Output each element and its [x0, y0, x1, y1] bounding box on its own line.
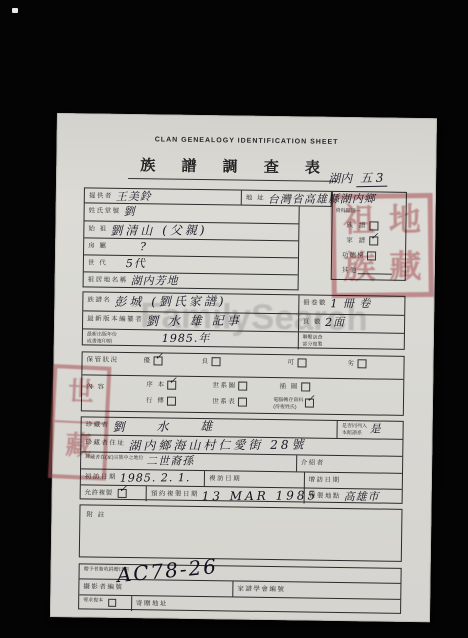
publish-year-value: 1985.年	[162, 333, 211, 345]
content-digital-data-label: 電腦轉存資料	[273, 397, 303, 404]
compiler-label: 最新版本編纂者	[87, 313, 143, 324]
condition-excellent-label: 優	[143, 355, 151, 365]
address-label: 地 址	[246, 193, 265, 203]
condition-excellent-checkbox: ✓	[153, 356, 162, 365]
publish-year-label-line1: 最新出版年份	[87, 331, 117, 338]
data-category-title: 資料類別—	[336, 208, 361, 215]
scanned-document-viewport: CLAN GENEALOGY IDENTIFICATION SHEET 族 譜 …	[0, 0, 468, 638]
compiler-value: 劉 水 雄 記事	[146, 315, 242, 328]
provider-value: 王美鈴	[116, 191, 152, 203]
condition-good-label: 良	[201, 356, 209, 366]
content-preface-label: 序 本	[146, 379, 165, 389]
condition-label: 保管狀況	[86, 354, 118, 364]
copy-permission-label: 允許複製	[85, 487, 113, 497]
content-illustrations-checkbox	[301, 382, 310, 391]
content-biographies-label: 行 傳	[146, 395, 165, 405]
genealogy-info-table: 族譜名 彭城 (劉氏家譜) 冊卷數 1 冊 卷 最新版本編纂者 劉 水 雄 記事…	[82, 291, 406, 350]
clan-genealogy-checkbox	[369, 221, 378, 230]
volume-count-label: 冊卷數	[303, 297, 327, 307]
content-lineage-chart-label: 世系圖	[212, 380, 236, 390]
content-digital-data-note: (待複姓氏)	[273, 404, 303, 411]
copy-place-label: 複製地點	[309, 491, 341, 501]
keeper-table: 珍藏者 劉 水 雄 是否同列入 本館譜系 是 珍藏者住址 湖内鄉海山村仁愛街 2…	[80, 416, 404, 504]
keeper-address-label: 珍藏者住址	[85, 437, 125, 448]
family-genealogy-option-label: 家 譜	[346, 235, 367, 245]
annotation-place: 湖内	[328, 171, 352, 185]
copy-request-label: 要求複本	[83, 597, 103, 604]
first-ancestor-value: 劉清山 (父親)	[111, 224, 208, 237]
keeper-value: 劉 水 雄	[113, 420, 227, 433]
agree-label-line1: 是否同列入	[342, 423, 367, 430]
contact-label-line2: 部分複製	[302, 341, 322, 348]
content-lineage-chart-checkbox	[238, 382, 247, 391]
merit-board-checkbox	[366, 251, 375, 260]
copy-request-checkbox	[108, 599, 116, 607]
content-label: 內 容	[86, 381, 105, 391]
family-genealogy-checkbox: ✓	[369, 236, 378, 245]
origin-place-label: 祖居地名稱	[88, 274, 128, 285]
merit-board-option-label: 功德榜	[342, 250, 365, 260]
society-number-label: 家譜學會編號	[237, 584, 285, 595]
origin-place-value: 湖内芳地	[131, 275, 179, 287]
condition-good-checkbox	[211, 357, 220, 366]
notes-box: 附 註	[79, 504, 403, 562]
address-value: 台灣省高雄縣湖内鄉	[268, 193, 376, 206]
copy-date-value: 13 MAR 1985	[202, 489, 319, 502]
page-count-label: 頁 數	[303, 316, 322, 326]
genealogy-name-value: 彭城 (劉氏家譜)	[114, 295, 226, 308]
generations-label: 世 代	[88, 257, 107, 267]
provider-label: 提供者	[89, 190, 113, 200]
copy-date-label: 預約複製日期	[151, 488, 199, 499]
first-visit-value: 1985. 2. 1.	[120, 472, 191, 484]
condition-fair-checkbox	[297, 358, 306, 367]
keeper-position-value: 二世裔孫	[146, 455, 194, 467]
handwritten-annotation: 湖内 五 3	[328, 169, 388, 187]
genealogy-form-paper: CLAN GENEALOGY IDENTIFICATION SHEET 族 譜 …	[50, 113, 437, 622]
keeper-position-label: 珍藏者在(家)宗族中之地位	[85, 454, 143, 461]
chinese-form-title: 族 譜 調 查 表	[128, 154, 337, 182]
copy-place-value: 高雄市	[344, 491, 380, 503]
condition-fair-label: 可	[287, 357, 295, 367]
keeper-address-value: 湖内鄉海山村仁愛街 28號	[128, 439, 306, 452]
branch-value: ?	[140, 241, 147, 253]
surname-table: 姓氏堂號 劉 始 祖 劉清山 (父親) 房 屬 ? 世 代 5	[83, 203, 300, 290]
condition-poor-checkbox	[357, 359, 366, 368]
annotation-number: 五 3	[356, 171, 388, 188]
agree-value: 是	[370, 423, 382, 435]
content-digital-data-checkbox: ✓	[305, 398, 314, 407]
surname-label: 姓氏堂號	[89, 205, 121, 215]
content-preface-checkbox: ✓	[167, 381, 176, 390]
condition-content-table: 保管狀況 優 ✓ 良 可 劣	[81, 351, 405, 416]
clan-genealogy-option-label: 族 譜	[346, 220, 367, 230]
publish-year-label-line2: 成書複印期	[87, 338, 117, 345]
contact-label-line1: 聯繫訪查	[302, 334, 322, 341]
revisit-label: 複訪日期	[209, 473, 241, 483]
generations-value: 5代	[126, 258, 146, 270]
first-ancestor-label: 始 祖	[88, 223, 107, 233]
english-form-title: CLAN GENEALOGY IDENTIFICATION SHEET	[57, 135, 437, 147]
other-option-label: 其他	[342, 265, 358, 275]
introducer-label: 介紹者	[301, 457, 325, 467]
keeper-label: 珍藏者	[86, 419, 110, 429]
notes-label: 附 註	[86, 509, 105, 519]
surname-value: 劉	[124, 206, 136, 218]
scan-artifact-dot	[12, 8, 18, 13]
content-lineage-table-label: 世系表	[212, 396, 236, 406]
agree-label-line2: 本館譜系	[342, 430, 367, 437]
content-illustrations-label: 插 圖	[279, 381, 298, 391]
volume-count-value: 1 冊 卷	[330, 298, 371, 310]
condition-poor-label: 劣	[347, 358, 355, 368]
branch-label: 房 屬	[88, 240, 107, 250]
content-biographies-checkbox	[167, 397, 176, 406]
page-count-value: 2面	[325, 317, 345, 329]
content-lineage-table-checkbox	[238, 398, 247, 407]
copy-permission-checkbox: ✓	[118, 489, 127, 498]
other-option-blank-line	[358, 265, 392, 274]
first-visit-label: 初訪日期	[85, 471, 117, 481]
additional-visit-label: 增訪日期	[308, 475, 340, 485]
genealogy-name-label: 族譜名	[87, 294, 111, 304]
mailing-address-label: 寄贈地址	[136, 598, 168, 608]
